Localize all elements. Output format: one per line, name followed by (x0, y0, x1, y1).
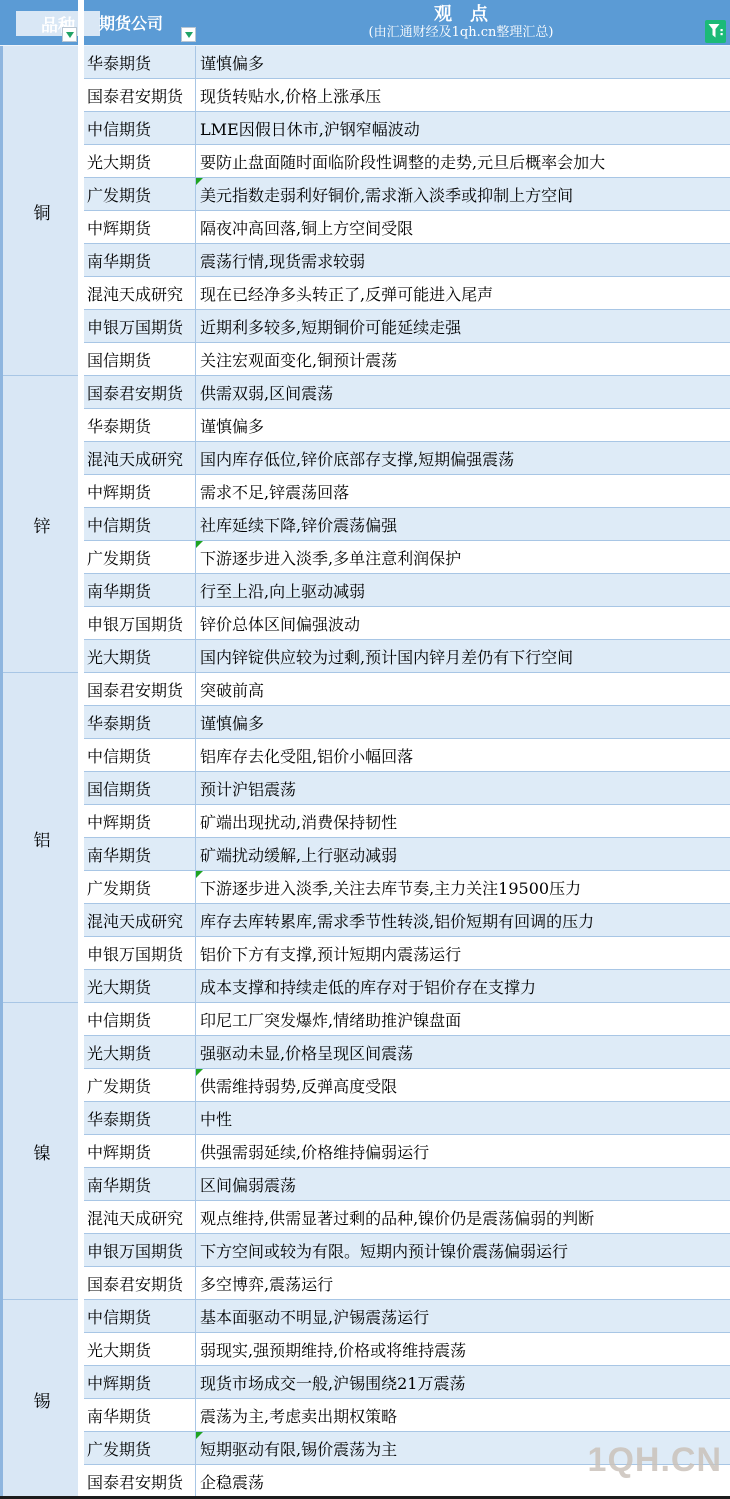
table-row: 南华期货行至上沿,向上驱动减弱 (84, 574, 730, 607)
table-row: 南华期货震荡为主,考虑卖出期权策略 (84, 1399, 730, 1432)
company-cell: 中信期货 (84, 744, 195, 767)
table-row: 中信期货铝库存去化受阻,铝价小幅回落 (84, 739, 730, 772)
filter-icon[interactable] (705, 20, 726, 43)
view-cell: 基本面驱动不明显,沪锡震荡运行 (195, 1300, 730, 1332)
view-cell: 下方空间或较为有限。短期内预计镍价震荡偏弱运行 (195, 1234, 730, 1266)
table-row: 国泰君安期货现货转贴水,价格上涨承压 (84, 79, 730, 112)
commodity-section: 锌国泰君安期货供需双弱,区间震荡华泰期货谨慎偏多混沌天成研究国内库存低位,锌价底… (0, 376, 730, 673)
table-row: 国泰君安期货突破前高 (84, 673, 730, 706)
table-row: 申银万国期货铝价下方有支撑,预计短期内震荡运行 (84, 937, 730, 970)
table-row: 中信期货基本面驱动不明显,沪锡震荡运行 (84, 1300, 730, 1333)
view-cell: 美元指数走弱利好铜价,需求渐入淡季或抑制上方空间 (195, 178, 730, 210)
table-row: 光大期货成本支撑和持续走低的库存对于铝价存在支撑力 (84, 970, 730, 1003)
table-row: 中辉期货矿端出现扰动,消费保持韧性 (84, 805, 730, 838)
company-cell: 广发期货 (84, 876, 195, 899)
chevron-down-icon (66, 32, 74, 38)
company-cell: 南华期货 (84, 1173, 195, 1196)
view-text: 震荡为主,考虑卖出期权策略 (200, 1404, 397, 1427)
view-text: 近期利多较多,短期铜价可能延续走强 (200, 315, 461, 338)
view-text: 矿端扰动缓解,上行驱动减弱 (200, 843, 397, 866)
view-cell: 印尼工厂突发爆炸,情绪助推沪镍盘面 (195, 1003, 730, 1035)
company-cell: 南华期货 (84, 1404, 195, 1427)
view-text: 国内库存低位,锌价底部存支撑,短期偏强震荡 (200, 447, 514, 470)
company-cell: 中信期货 (84, 513, 195, 536)
view-text: 国内锌锭供应较为过剩,预计国内锌月差仍有下行空间 (200, 645, 573, 668)
company-cell: 中信期货 (84, 1305, 195, 1328)
view-cell: 库存去库转累库,需求季节性转淡,铝价短期有回调的压力 (195, 904, 730, 936)
variety-cell: 锡 (0, 1300, 84, 1498)
table-row: 华泰期货谨慎偏多 (84, 706, 730, 739)
view-cell: 铝库存去化受阻,铝价小幅回落 (195, 739, 730, 771)
comment-marker-icon (196, 178, 203, 185)
view-cell: 矿端出现扰动,消费保持韧性 (195, 805, 730, 837)
variety-cell: 铜 (0, 46, 84, 376)
company-cell: 华泰期货 (84, 51, 195, 74)
view-text: 基本面驱动不明显,沪锡震荡运行 (200, 1305, 429, 1328)
table-row: 混沌天成研究国内库存低位,锌价底部存支撑,短期偏强震荡 (84, 442, 730, 475)
company-cell: 混沌天成研究 (84, 909, 195, 932)
table-row: 混沌天成研究观点维持,供需显著过剩的品种,镍价仍是震荡偏弱的判断 (84, 1201, 730, 1234)
view-cell: 社库延续下降,锌价震荡偏强 (195, 508, 730, 540)
company-cell: 国泰君安期货 (84, 1470, 195, 1493)
view-cell: 谨慎偏多 (195, 46, 730, 78)
view-cell: 铝价下方有支撑,预计短期内震荡运行 (195, 937, 730, 969)
company-cell: 中信期货 (84, 1008, 195, 1031)
view-cell: 下游逐步进入淡季,关注去库节奏,主力关注19500压力 (195, 871, 730, 903)
company-cell: 华泰期货 (84, 414, 195, 437)
table-row: 光大期货要防止盘面随时面临阶段性调整的走势,元旦后概率会加大 (84, 145, 730, 178)
funnel-glyph (708, 23, 723, 40)
comment-marker-icon (196, 1069, 203, 1076)
table-row: 中辉期货隔夜冲高回落,铜上方空间受限 (84, 211, 730, 244)
company-cell: 国泰君安期货 (84, 1272, 195, 1295)
view-text: 强驱动未显,价格呈现区间震荡 (200, 1041, 413, 1064)
variety-cell: 镍 (0, 1003, 84, 1300)
view-cell: 成本支撑和持续走低的库存对于铝价存在支撑力 (195, 970, 730, 1002)
view-text: 下游逐步进入淡季,关注去库节奏,主力关注19500压力 (200, 876, 581, 899)
company-cell: 混沌天成研究 (84, 1206, 195, 1229)
comment-marker-icon (196, 1432, 203, 1439)
view-text: 供需维持弱势,反弹高度受限 (200, 1074, 397, 1097)
header-variety-label: 品种 (16, 11, 100, 36)
variety-cell: 锌 (0, 376, 84, 673)
company-cell: 南华期货 (84, 249, 195, 272)
view-text: 要防止盘面随时面临阶段性调整的走势,元旦后概率会加大 (200, 150, 605, 173)
table-row: 华泰期货谨慎偏多 (84, 46, 730, 79)
view-text: 隔夜冲高回落,铜上方空间受限 (200, 216, 413, 239)
view-text: 铝库存去化受阻,铝价小幅回落 (200, 744, 413, 767)
company-cell: 申银万国期货 (84, 1239, 195, 1262)
table-row: 光大期货弱现实,强预期维持,价格或将维持震荡 (84, 1333, 730, 1366)
view-cell: 锌价总体区间偏强波动 (195, 607, 730, 639)
table-row: 光大期货强驱动未显,价格呈现区间震荡 (84, 1036, 730, 1069)
table-row: 华泰期货谨慎偏多 (84, 409, 730, 442)
table-row: 国信期货关注宏观面变化,铜预计震荡 (84, 343, 730, 376)
company-cell: 中辉期货 (84, 1371, 195, 1394)
comment-marker-icon (196, 871, 203, 878)
variety-cell: 铝 (0, 673, 84, 1003)
table-row: 中辉期货供强需弱延续,价格维持偏弱运行 (84, 1135, 730, 1168)
view-text: 多空博弈,震荡运行 (200, 1272, 333, 1295)
table-body: 铜华泰期货谨慎偏多国泰君安期货现货转贴水,价格上涨承压中信期货LME因假日休市,… (0, 46, 730, 1498)
view-text: 库存去库转累库,需求季节性转淡,铝价短期有回调的压力 (200, 909, 594, 932)
view-cell: 强驱动未显,价格呈现区间震荡 (195, 1036, 730, 1068)
view-text: 行至上沿,向上驱动减弱 (200, 579, 365, 602)
view-text: 矿端出现扰动,消费保持韧性 (200, 810, 397, 833)
view-cell: 现货转贴水,价格上涨承压 (195, 79, 730, 111)
company-cell: 中辉期货 (84, 810, 195, 833)
company-cell: 国泰君安期货 (84, 678, 195, 701)
view-text: 下游逐步进入淡季,多单注意利润保护 (200, 546, 461, 569)
view-cell: 区间偏弱震荡 (195, 1168, 730, 1200)
view-text: 成本支撑和持续走低的库存对于铝价存在支撑力 (200, 975, 536, 998)
table-row: 光大期货国内锌锭供应较为过剩,预计国内锌月差仍有下行空间 (84, 640, 730, 673)
view-text: 短期驱动有限,锡价震荡为主 (200, 1437, 397, 1460)
company-cell: 国信期货 (84, 777, 195, 800)
view-text: 现货市场成交一般,沪锡围绕21万震荡 (200, 1371, 465, 1394)
view-text: 供强需弱延续,价格维持偏弱运行 (200, 1140, 429, 1163)
table-row: 申银万国期货近期利多较多,短期铜价可能延续走强 (84, 310, 730, 343)
comment-marker-icon (196, 541, 203, 548)
view-cell: 震荡为主,考虑卖出期权策略 (195, 1399, 730, 1431)
table-row: 国泰君安期货供需双弱,区间震荡 (84, 376, 730, 409)
company-cell: 中辉期货 (84, 216, 195, 239)
spreadsheet-view: 品种 期货公司 观 点 (由汇通财经及1qh.cn整理汇总) 铜华泰期货谨慎偏多… (0, 0, 730, 1499)
view-text: 锌价总体区间偏强波动 (200, 612, 360, 635)
table-row: 广发期货下游逐步进入淡季,多单注意利润保护 (84, 541, 730, 574)
company-cell: 国信期货 (84, 348, 195, 371)
commodity-section: 铜华泰期货谨慎偏多国泰君安期货现货转贴水,价格上涨承压中信期货LME因假日休市,… (0, 46, 730, 376)
company-cell: 广发期货 (84, 1437, 195, 1460)
company-cell: 华泰期货 (84, 1107, 195, 1130)
table-row: 国泰君安期货多空博弈,震荡运行 (84, 1267, 730, 1300)
variety-filter-dropdown[interactable] (62, 27, 77, 42)
view-text: 预计沪铝震荡 (200, 777, 296, 800)
view-cell: LME因假日休市,沪钢窄幅波动 (195, 112, 730, 144)
company-cell: 广发期货 (84, 183, 195, 206)
view-cell: 供需双弱,区间震荡 (195, 376, 730, 408)
company-cell: 光大期货 (84, 1338, 195, 1361)
view-cell: 国内库存低位,锌价底部存支撑,短期偏强震荡 (195, 442, 730, 474)
view-cell: 近期利多较多,短期铜价可能延续走强 (195, 310, 730, 342)
table-row: 中信期货LME因假日休市,沪钢窄幅波动 (84, 112, 730, 145)
company-cell: 申银万国期货 (84, 942, 195, 965)
company-cell: 中信期货 (84, 117, 195, 140)
view-cell: 供需维持弱势,反弹高度受限 (195, 1069, 730, 1101)
header-view-subtitle: (由汇通财经及1qh.cn整理汇总) (369, 26, 554, 41)
commodity-section: 镍中信期货印尼工厂突发爆炸,情绪助推沪镍盘面光大期货强驱动未显,价格呈现区间震荡… (0, 1003, 730, 1300)
column-gap-divider (78, 0, 84, 1499)
table-row: 混沌天成研究库存去库转累库,需求季节性转淡,铝价短期有回调的压力 (84, 904, 730, 937)
view-cell: 矿端扰动缓解,上行驱动减弱 (195, 838, 730, 870)
table-row: 华泰期货中性 (84, 1102, 730, 1135)
table-row: 混沌天成研究现在已经净多头转正了,反弹可能进入尾声 (84, 277, 730, 310)
table-row: 中信期货社库延续下降,锌价震荡偏强 (84, 508, 730, 541)
table-row: 广发期货下游逐步进入淡季,关注去库节奏,主力关注19500压力 (84, 871, 730, 904)
view-cell: 现货市场成交一般,沪锡围绕21万震荡 (195, 1366, 730, 1398)
company-cell: 混沌天成研究 (84, 447, 195, 470)
table-row: 南华期货震荡行情,现货需求较弱 (84, 244, 730, 277)
company-cell: 中辉期货 (84, 480, 195, 503)
view-text: 震荡行情,现货需求较弱 (200, 249, 365, 272)
company-cell: 混沌天成研究 (84, 282, 195, 305)
view-text: 谨慎偏多 (200, 414, 264, 437)
view-text: LME因假日休市,沪钢窄幅波动 (200, 117, 420, 140)
table-row: 广发期货供需维持弱势,反弹高度受限 (84, 1069, 730, 1102)
view-cell: 突破前高 (195, 673, 730, 705)
view-cell: 多空博弈,震荡运行 (195, 1267, 730, 1299)
table-header: 品种 期货公司 观 点 (由汇通财经及1qh.cn整理汇总) (0, 0, 730, 46)
table-row: 广发期货美元指数走弱利好铜价,需求渐入淡季或抑制上方空间 (84, 178, 730, 211)
view-text: 突破前高 (200, 678, 264, 701)
view-text: 社库延续下降,锌价震荡偏强 (200, 513, 397, 536)
table-row: 中信期货印尼工厂突发爆炸,情绪助推沪镍盘面 (84, 1003, 730, 1036)
view-cell: 需求不足,锌震荡回落 (195, 475, 730, 507)
view-text: 现在已经净多头转正了,反弹可能进入尾声 (200, 282, 493, 305)
company-cell: 国泰君安期货 (84, 84, 195, 107)
view-text: 企稳震荡 (200, 1470, 264, 1493)
table-row: 申银万国期货下方空间或较为有限。短期内预计镍价震荡偏弱运行 (84, 1234, 730, 1267)
view-text: 关注宏观面变化,铜预计震荡 (200, 348, 397, 371)
view-cell: 现在已经净多头转正了,反弹可能进入尾声 (195, 277, 730, 309)
view-text: 供需双弱,区间震荡 (200, 381, 333, 404)
company-cell: 光大期货 (84, 645, 195, 668)
view-text: 铝价下方有支撑,预计短期内震荡运行 (200, 942, 461, 965)
company-cell: 华泰期货 (84, 711, 195, 734)
company-cell: 光大期货 (84, 1041, 195, 1064)
view-cell: 国内锌锭供应较为过剩,预计国内锌月差仍有下行空间 (195, 640, 730, 672)
company-cell: 光大期货 (84, 150, 195, 173)
header-view-block: 观 点 (由汇通财经及1qh.cn整理汇总) (192, 0, 730, 46)
view-cell: 震荡行情,现货需求较弱 (195, 244, 730, 276)
company-cell: 中辉期货 (84, 1140, 195, 1163)
view-cell: 谨慎偏多 (195, 706, 730, 738)
view-cell: 下游逐步进入淡季,多单注意利润保护 (195, 541, 730, 573)
view-cell: 行至上沿,向上驱动减弱 (195, 574, 730, 606)
view-cell: 关注宏观面变化,铜预计震荡 (195, 343, 730, 375)
company-cell: 南华期货 (84, 579, 195, 602)
view-text: 谨慎偏多 (200, 51, 264, 74)
view-text: 区间偏弱震荡 (200, 1173, 296, 1196)
view-text: 现货转贴水,价格上涨承压 (200, 84, 381, 107)
view-cell: 预计沪铝震荡 (195, 772, 730, 804)
commodity-section: 铝国泰君安期货突破前高华泰期货谨慎偏多中信期货铝库存去化受阻,铝价小幅回落国信期… (0, 673, 730, 1003)
table-row: 申银万国期货锌价总体区间偏强波动 (84, 607, 730, 640)
view-text: 谨慎偏多 (200, 711, 264, 734)
company-cell: 国泰君安期货 (84, 381, 195, 404)
company-cell: 南华期货 (84, 843, 195, 866)
view-text: 弱现实,强预期维持,价格或将维持震荡 (200, 1338, 466, 1361)
view-cell: 中性 (195, 1102, 730, 1134)
view-cell: 谨慎偏多 (195, 409, 730, 441)
view-text: 观点维持,供需显著过剩的品种,镍价仍是震荡偏弱的判断 (200, 1206, 594, 1229)
table-row: 南华期货区间偏弱震荡 (84, 1168, 730, 1201)
company-cell: 光大期货 (84, 975, 195, 998)
view-text: 需求不足,锌震荡回落 (200, 480, 349, 503)
view-cell: 弱现实,强预期维持,价格或将维持震荡 (195, 1333, 730, 1365)
left-edge-border (0, 46, 3, 1499)
company-cell: 广发期货 (84, 1074, 195, 1097)
company-cell: 广发期货 (84, 546, 195, 569)
company-cell: 申银万国期货 (84, 612, 195, 635)
table-row: 国信期货预计沪铝震荡 (84, 772, 730, 805)
table-row: 中辉期货需求不足,锌震荡回落 (84, 475, 730, 508)
view-cell: 供强需弱延续,价格维持偏弱运行 (195, 1135, 730, 1167)
company-cell: 申银万国期货 (84, 315, 195, 338)
table-row: 中辉期货现货市场成交一般,沪锡围绕21万震荡 (84, 1366, 730, 1399)
view-cell: 隔夜冲高回落,铜上方空间受限 (195, 211, 730, 243)
view-text: 下方空间或较为有限。短期内预计镍价震荡偏弱运行 (200, 1239, 568, 1262)
site-watermark: 1QH.CN (588, 1441, 722, 1480)
view-cell: 要防止盘面随时面临阶段性调整的走势,元旦后概率会加大 (195, 145, 730, 177)
view-text: 中性 (200, 1107, 232, 1130)
view-text: 美元指数走弱利好铜价,需求渐入淡季或抑制上方空间 (200, 183, 573, 206)
view-cell: 观点维持,供需显著过剩的品种,镍价仍是震荡偏弱的判断 (195, 1201, 730, 1233)
table-row: 南华期货矿端扰动缓解,上行驱动减弱 (84, 838, 730, 871)
header-view-title: 观 点 (434, 5, 488, 26)
view-text: 印尼工厂突发爆炸,情绪助推沪镍盘面 (200, 1008, 461, 1031)
